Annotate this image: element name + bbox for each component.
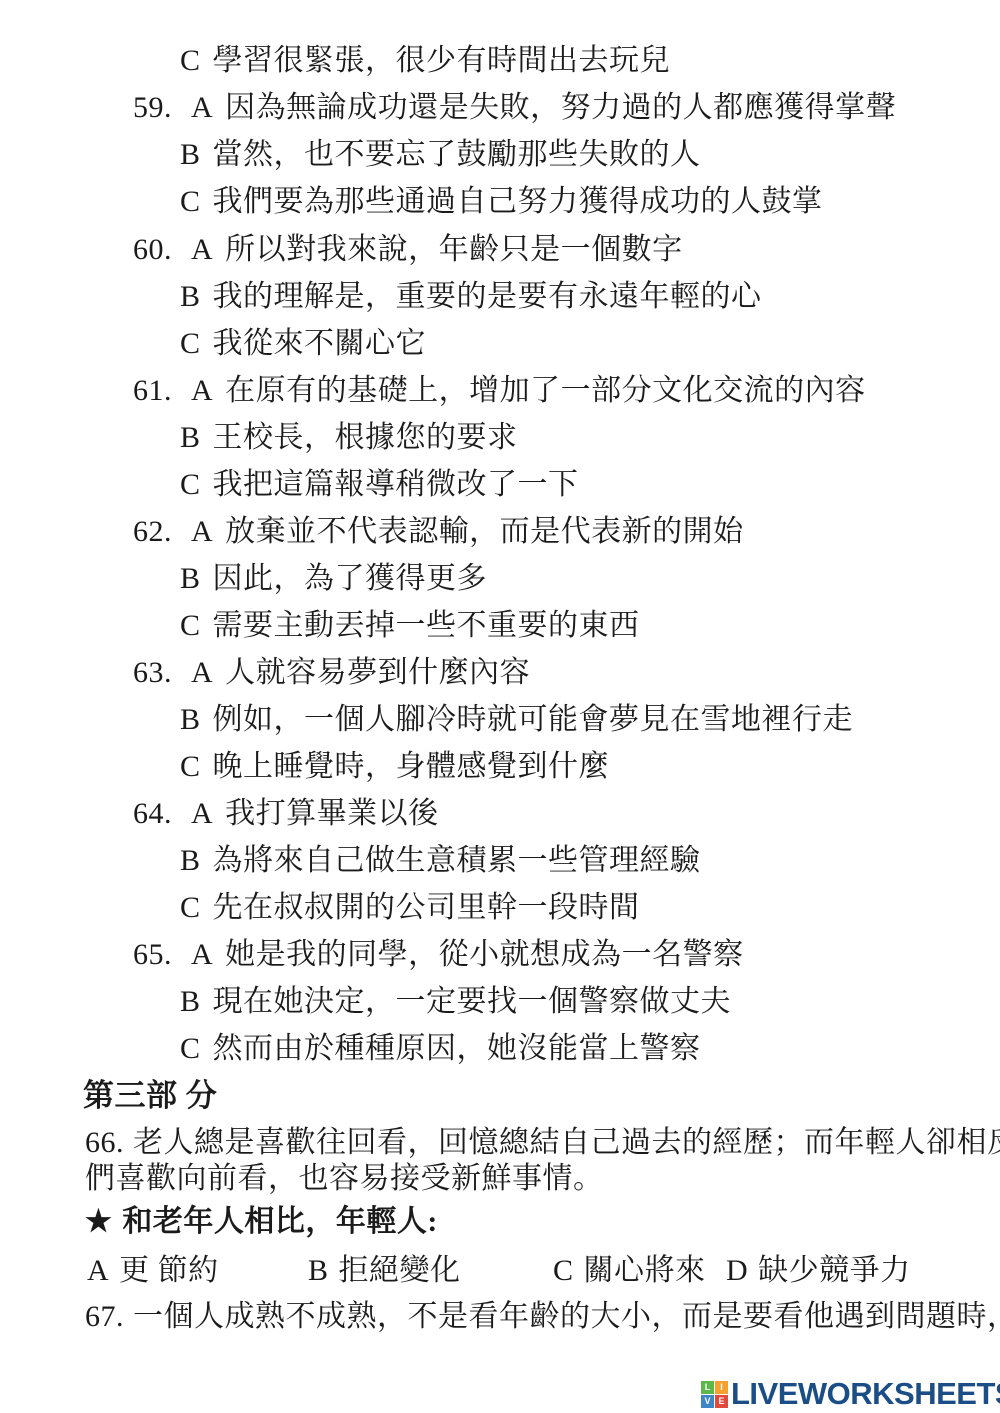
option-text: 為將來自己做生意積累一些管理經驗 — [213, 844, 701, 877]
option-line: C我把這篇報導稍微改了一下 — [180, 467, 579, 503]
option-label: A — [191, 514, 213, 550]
option-label: C — [553, 1253, 574, 1289]
question-row: 60.A所以對我來說，年齡只是一個數字 — [133, 232, 683, 268]
option-text: 在原有的基礎上，增加了一部分文化交流的內容 — [225, 374, 866, 407]
option-text: 她是我的同學，從小就想成為一名警察 — [225, 938, 744, 971]
option-text: 更 節約 — [119, 1254, 219, 1287]
option-line: B當然，也不要忘了鼓勵那些失敗的人 — [180, 137, 701, 173]
question-66-line2: 們喜歡向前看，也容易接受新鮮事情。 — [85, 1161, 604, 1197]
option-label: B — [180, 843, 201, 879]
option-label: B — [180, 702, 201, 738]
option-line: C我從來不關心它 — [180, 326, 426, 362]
option-label: C — [180, 749, 201, 785]
option-line: C需要主動丟掉一些不重要的東西 — [180, 608, 640, 644]
option-text: 王校長，根據您的要求 — [213, 421, 518, 454]
option-text: 我把這篇報導稍微改了一下 — [213, 468, 579, 501]
question-number: 67. — [85, 1299, 124, 1335]
option-label: C — [180, 184, 201, 220]
option-label: C — [180, 1031, 201, 1067]
option-label: C — [180, 467, 201, 503]
question-number: 64. — [133, 796, 191, 832]
question-row: 63.A人就容易夢到什麼內容 — [133, 655, 530, 691]
option-line: B王校長，根據您的要求 — [180, 420, 518, 456]
option-label: B — [180, 279, 201, 315]
option-label: A — [191, 232, 213, 268]
option-line: C然而由於種種原因，她沒能當上警察 — [180, 1031, 701, 1067]
question-number: 66. — [85, 1125, 124, 1161]
question-row: 65.A她是我的同學，從小就想成為一名警察 — [133, 937, 744, 973]
option-label: B — [308, 1253, 329, 1289]
option-text: 我從來不關心它 — [213, 327, 427, 360]
option-line: C先在叔叔開的公司里幹一段時間 — [180, 890, 640, 926]
option-label: B — [180, 420, 201, 456]
liveworksheets-logo[interactable]: L I V E LIVEWORKSHEETS — [701, 1376, 1000, 1412]
option-line: B因此，為了獲得更多 — [180, 561, 487, 597]
option-text: 學習很緊張，很少有時間出去玩兒 — [213, 44, 671, 77]
choice-b: B拒絕變化 — [308, 1253, 461, 1289]
liveworksheets-wordmark: LIVEWORKSHEETS — [731, 1376, 1000, 1412]
question-row: 59.A因為無論成功還是失敗，努力過的人都應獲得掌聲 — [133, 90, 896, 126]
option-label: C — [180, 326, 201, 362]
question-number: 61. — [133, 373, 191, 409]
question-number: 63. — [133, 655, 191, 691]
star-icon: ★ — [85, 1204, 112, 1240]
option-text: 因為無論成功還是失敗，努力過的人都應獲得掌聲 — [225, 91, 896, 124]
question-row: 62.A放棄並不代表認輸，而是代表新的開始 — [133, 514, 744, 550]
option-text: 現在她決定，一定要找一個警察做丈夫 — [213, 985, 732, 1018]
question-number: 60. — [133, 232, 191, 268]
option-text: 因此，為了獲得更多 — [213, 562, 488, 595]
option-line: C我們要為那些通過自己努力獲得成功的人鼓掌 — [180, 184, 823, 220]
question-66-line1: 66.老人總是喜歡往回看，回憶總結自己過去的經歷；而年輕人卻相反，他 — [85, 1125, 1000, 1161]
option-text: 放棄並不代表認輸，而是代表新的開始 — [225, 515, 744, 548]
option-label: A — [191, 90, 213, 126]
logo-square-i: I — [715, 1381, 728, 1394]
option-text: 我的理解是，重要的是要有永遠年輕的心 — [213, 280, 762, 313]
option-label: B — [180, 561, 201, 597]
option-label: B — [180, 984, 201, 1020]
question-row: 64.A我打算畢業以後 — [133, 796, 439, 832]
option-label: C — [180, 43, 201, 79]
question-number: 65. — [133, 937, 191, 973]
option-label: A — [191, 796, 213, 832]
question-text: 一個人成熟不成熟，不是看年齡的大小，而是要看他遇到問題時，能不 — [133, 1300, 1000, 1333]
option-line: B我的理解是，重要的是要有永遠年輕的心 — [180, 279, 762, 315]
option-text: 然而由於種種原因，她沒能當上警察 — [213, 1032, 701, 1065]
option-text: 例如，一個人腳冷時就可能會夢見在雪地裡行走 — [213, 703, 854, 736]
option-line: B現在她決定，一定要找一個警察做丈夫 — [180, 984, 731, 1020]
choice-c: C關心將來 — [553, 1253, 706, 1289]
option-text: 人就容易夢到什麼內容 — [225, 656, 530, 689]
option-line: B為將來自己做生意積累一些管理經驗 — [180, 843, 701, 879]
option-line: C學習很緊張，很少有時間出去玩兒 — [180, 43, 670, 79]
option-label: C — [180, 890, 201, 926]
option-text: 需要主動丟掉一些不重要的東西 — [213, 609, 640, 642]
worksheet-page: C學習很緊張，很少有時間出去玩兒 59.A因為無論成功還是失敗，努力過的人都應獲… — [0, 0, 1000, 1413]
question-row: 61.A在原有的基礎上，增加了一部分文化交流的內容 — [133, 373, 866, 409]
option-text: 缺少競爭力 — [758, 1254, 911, 1287]
option-label: A — [87, 1253, 109, 1289]
option-label: B — [180, 137, 201, 173]
option-label: D — [726, 1253, 748, 1289]
star-question-text: 和老年人相比，年輕人: — [122, 1205, 438, 1238]
option-text: 我們要為那些通過自己努力獲得成功的人鼓掌 — [213, 185, 823, 218]
option-text: 我打算畢業以後 — [225, 797, 439, 830]
option-label: A — [191, 655, 213, 691]
option-text: 晚上睡覺時，身體感覺到什麼 — [213, 750, 610, 783]
question-number: 59. — [133, 90, 191, 126]
liveworksheets-logo-icon: L I V E — [701, 1381, 728, 1408]
option-line: B例如，一個人腳冷時就可能會夢見在雪地裡行走 — [180, 702, 853, 738]
question-67: 67.一個人成熟不成熟，不是看年齡的大小，而是要看他遇到問題時，能不 — [85, 1299, 1000, 1335]
section-heading: 第三部 分 — [83, 1078, 217, 1114]
question-text: 老人總是喜歡往回看，回憶總結自己過去的經歷；而年輕人卻相反，他 — [133, 1126, 1000, 1159]
choice-a: A更 節約 — [87, 1253, 219, 1289]
question-number: 62. — [133, 514, 191, 550]
option-label: A — [191, 937, 213, 973]
option-text: 所以對我來說，年齡只是一個數字 — [225, 233, 683, 266]
option-text: 關心將來 — [584, 1254, 706, 1287]
logo-square-l: L — [701, 1381, 714, 1394]
choice-d: D缺少競爭力 — [726, 1253, 911, 1289]
logo-square-e: E — [715, 1395, 728, 1408]
option-text: 先在叔叔開的公司里幹一段時間 — [213, 891, 640, 924]
option-label: A — [191, 373, 213, 409]
logo-square-v: V — [701, 1395, 714, 1408]
star-question: ★和老年人相比，年輕人: — [85, 1204, 438, 1240]
option-label: C — [180, 608, 201, 644]
option-text: 當然，也不要忘了鼓勵那些失敗的人 — [213, 138, 701, 171]
option-line: C晚上睡覺時，身體感覺到什麼 — [180, 749, 609, 785]
option-text: 拒絕變化 — [339, 1254, 461, 1287]
